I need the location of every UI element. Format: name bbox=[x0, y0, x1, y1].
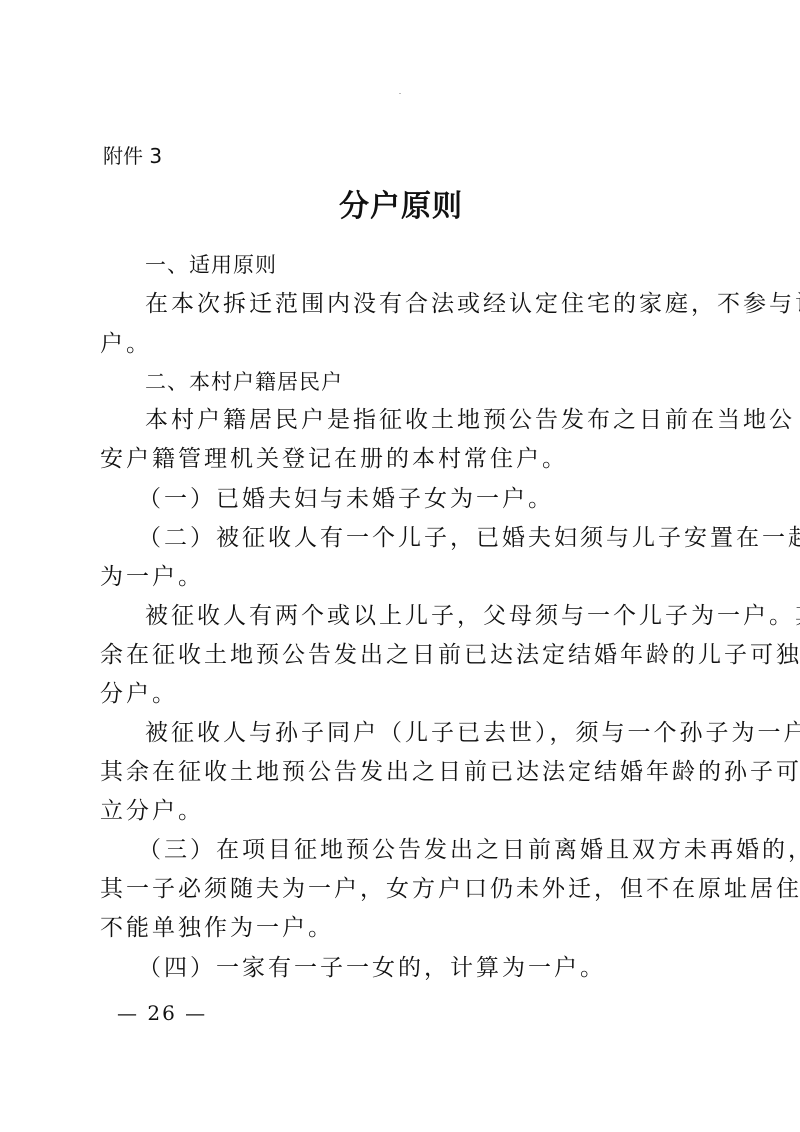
paragraph-line: 分户。 bbox=[100, 679, 178, 709]
paragraph-line: （二）被征收人有一个儿子，已婚夫妇须与儿子安置在一起 bbox=[138, 523, 800, 553]
paragraph-line: 在本次拆迁范围内没有合法或经认定住宅的家庭，不参与计 bbox=[145, 289, 800, 319]
paragraph-line: 被征收人与孙子同户（儿子已去世），须与一个孙子为一户。 bbox=[145, 718, 800, 748]
paragraph-line: 户。 bbox=[100, 329, 152, 359]
page-number: — 26 — bbox=[117, 998, 207, 1028]
paragraph-line: 安户籍管理机关登记在册的本村常住户。 bbox=[100, 444, 568, 474]
paragraph-line: 本村户籍居民户是指征收土地预公告发布之日前在当地公 bbox=[145, 405, 795, 435]
paragraph-line: 其一子必须随夫为一户，女方户口仍未外迁，但不在原址居住的， bbox=[100, 874, 800, 904]
document-page: 附件 3 分户原则 一、适用原则在本次拆迁范围内没有合法或经认定住宅的家庭，不参… bbox=[0, 0, 800, 1132]
paragraph-line: 余在征收土地预公告发出之日前已达法定结婚年龄的儿子可独立 bbox=[100, 640, 800, 670]
paragraph-line: 立分户。 bbox=[100, 796, 204, 826]
paragraph-line: 其余在征收土地预公告发出之日前已达法定结婚年龄的孙子可独 bbox=[100, 757, 800, 787]
page-title: 分户原则 bbox=[339, 192, 463, 222]
paragraph-line: （四）一家有一子一女的，计算为一户。 bbox=[138, 953, 606, 983]
paragraph-line: （三）在项目征地预公告发出之日前离婚且双方未再婚的， bbox=[138, 835, 800, 865]
paragraph-line: 为一户。 bbox=[100, 562, 204, 592]
attachment-label: 附件 3 bbox=[103, 141, 162, 171]
paragraph-line: 被征收人有两个或以上儿子，父母须与一个儿子为一户。其 bbox=[145, 601, 800, 631]
paragraph-line: 不能单独作为一户。 bbox=[100, 913, 334, 943]
paragraph-line: （一）已婚夫妇与未婚子女为一户。 bbox=[138, 484, 554, 514]
section-heading: 一、适用原则 bbox=[145, 250, 277, 280]
scan-mark bbox=[399, 93, 401, 94]
section-heading: 二、本村户籍居民户 bbox=[145, 367, 343, 397]
